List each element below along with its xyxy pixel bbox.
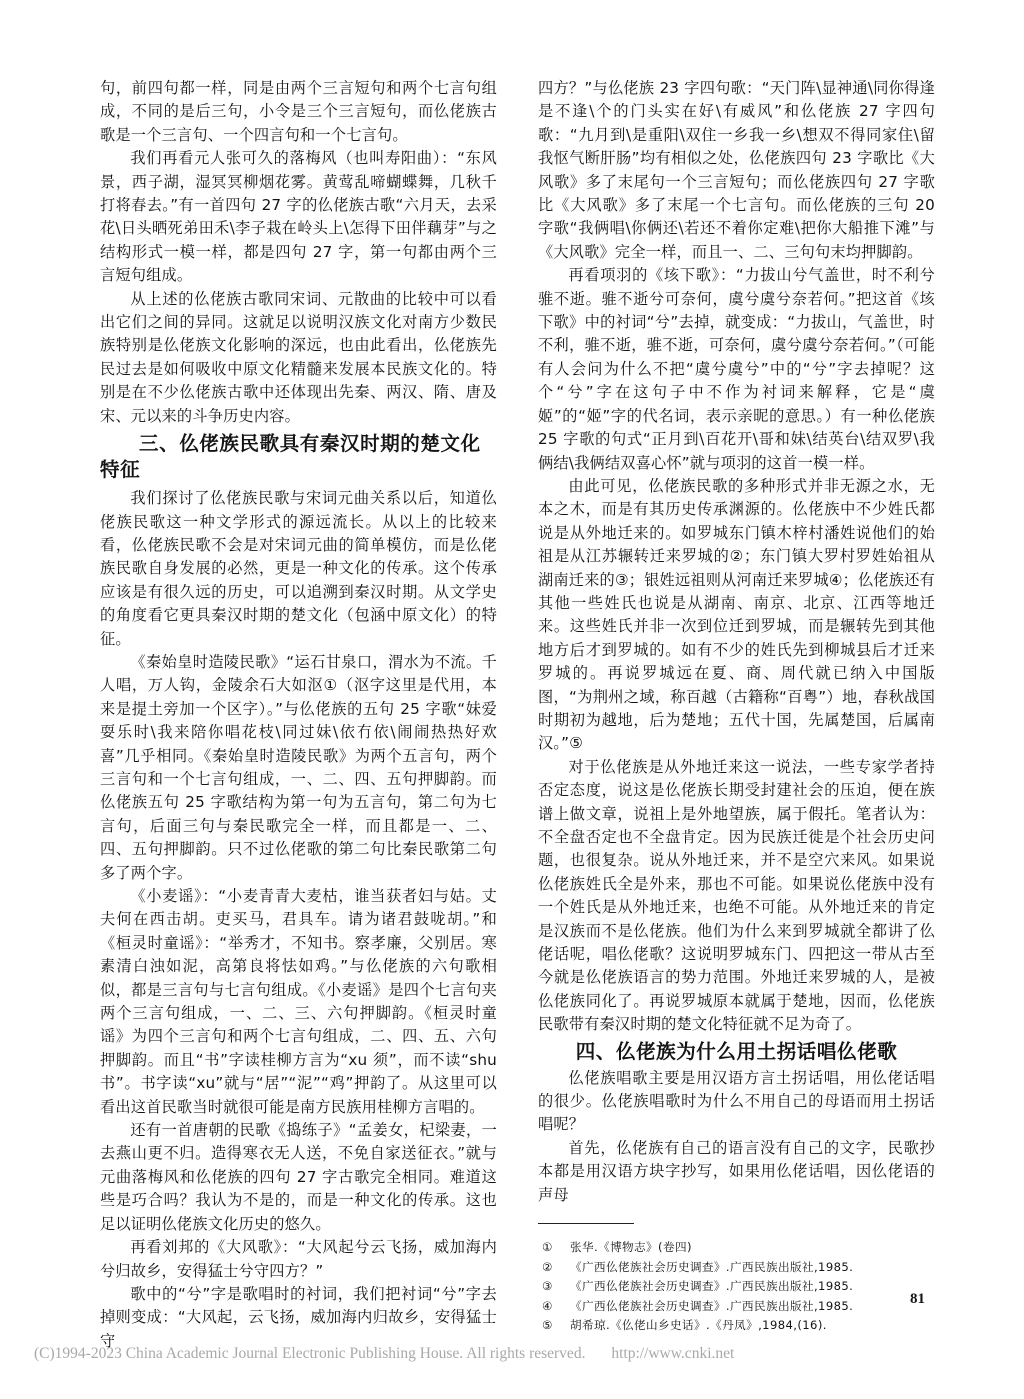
paragraph: 还有一首唐朝的民歌《捣练子》“孟姜女，杞梁妻，一去燕山更不归。造得寒衣无人送，不… xyxy=(100,1119,497,1236)
footnote: ④ 《广西仫佬族社会历史调查》.广西民族出版社,1985. xyxy=(538,1297,935,1317)
copyright-url: http://www.cnki.net xyxy=(611,1345,734,1362)
paragraph: 再看刘邦的《大风歌》：“大风起兮云飞扬，威加海内兮归故乡，安得猛士兮守四方？” xyxy=(100,1236,497,1283)
footnote-mark: ⑤ xyxy=(542,1316,570,1336)
paragraph: 句，前四句都一样，同是由两个三言短句和两个七言句组成，不同的是后三句，小令是三个… xyxy=(100,77,497,147)
footnote-divider xyxy=(538,1223,634,1224)
paragraph: 仫佬族唱歌主要是用汉语方言土拐话唱，用仫佬话唱的很少。仫佬族唱歌时为什么不用自己… xyxy=(538,1067,935,1137)
footnote: ⑤ 胡希琼.《仫佬山乡史话》.《丹凤》,1984,(16). xyxy=(538,1316,935,1336)
footnote-mark: ③ xyxy=(542,1277,570,1297)
footnote-text: 《广西仫佬族社会历史调查》.广西民族出版社,1985. xyxy=(570,1258,853,1278)
footnote-mark: ② xyxy=(542,1258,570,1278)
page-number: 81 xyxy=(910,1291,925,1308)
footnote-text: 张华.《博物志》(卷四) xyxy=(570,1238,692,1258)
footnote: ② 《广西仫佬族社会历史调查》.广西民族出版社,1985. xyxy=(538,1258,935,1278)
footnote-mark: ④ xyxy=(542,1297,570,1317)
section-heading-4: 四、仫佬族为什么用土拐话唱仫佬歌 xyxy=(538,1039,935,1065)
paragraph: 由此可见，仫佬族民歌的多种形式并非无源之水，无本之木，而是有其历史传承渊源的。仫… xyxy=(538,475,935,756)
footnote-text: 胡希琼.《仫佬山乡史话》.《丹凤》,1984,(16). xyxy=(570,1316,827,1336)
paragraph: 我们探讨了仫佬族民歌与宋词元曲关系以后，知道仫佬族民歌这一种文学形式的源远流长。… xyxy=(100,487,497,651)
paragraph: 首先，仫佬族有自己的语言没有自己的文字，民歌抄本都是用汉语方块字抄写，如果用仫佬… xyxy=(538,1137,935,1207)
paragraph: 《小麦谣》：“小麦青青大麦枯，谁当获者妇与姑。丈夫何在西击胡。吏买马，君具车。请… xyxy=(100,885,497,1119)
paragraph: 对于仫佬族是从外地迁来这一说法，一些专家学者持否定态度，说这是仫佬族长期受封建社… xyxy=(538,756,935,1037)
footnotes: ① 张华.《博物志》(卷四) ② 《广西仫佬族社会历史调查》.广西民族出版社,1… xyxy=(538,1238,935,1336)
paragraph: 歌中的“兮”字是歌唱时的衬词，我们把衬词“兮”字去掉则变成：“大风起，云飞扬，威… xyxy=(100,1283,497,1353)
footnote-text: 《广西仫佬族社会历史调查》.广西民族出版社,1985. xyxy=(570,1297,853,1317)
right-column: 四方？”与仫佬族 23 字四句歌：“天门阵\显神通\同你得逢是不逢\个的门头实在… xyxy=(538,77,935,1336)
paragraph: 我们再看元人张可久的落梅风（也叫寿阳曲）：“东风景，西子湖，湿冥冥柳烟花雾。黄莺… xyxy=(100,147,497,287)
copyright-footer: (C)1994-2023 China Academic Journal Elec… xyxy=(34,1345,734,1363)
paragraph: 再看项羽的《垓下歌》：“力拔山兮气盖世，时不利兮骓不逝。骓不逝兮可奈何，虞兮虞兮… xyxy=(538,264,935,475)
paragraph: 从上述的仫佬族古歌同宋词、元散曲的比较中可以看出它们之间的异同。这就足以说明汉族… xyxy=(100,288,497,428)
copyright-text: (C)1994-2023 China Academic Journal Elec… xyxy=(34,1345,585,1362)
footnote: ③ 《广西仫佬族社会历史调查》.广西民族出版社,1985. xyxy=(538,1277,935,1297)
footnote-mark: ① xyxy=(542,1238,570,1258)
footnote: ① 张华.《博物志》(卷四) xyxy=(538,1238,935,1258)
section-heading-3: 三、仫佬族民歌具有秦汉时期的楚文化特征 xyxy=(100,431,497,483)
paragraph: 四方？”与仫佬族 23 字四句歌：“天门阵\显神通\同你得逢是不逢\个的门头实在… xyxy=(538,77,935,264)
left-column: 句，前四句都一样，同是由两个三言短句和两个七言句组成，不同的是后三句，小令是三个… xyxy=(100,77,497,1353)
paragraph: 《秦始皇时造陵民歌》“运石甘泉口，渭水为不流。千人唱，万人钩，金陵余石大如沤①（… xyxy=(100,651,497,885)
footnote-text: 《广西仫佬族社会历史调查》.广西民族出版社,1985. xyxy=(570,1277,853,1297)
